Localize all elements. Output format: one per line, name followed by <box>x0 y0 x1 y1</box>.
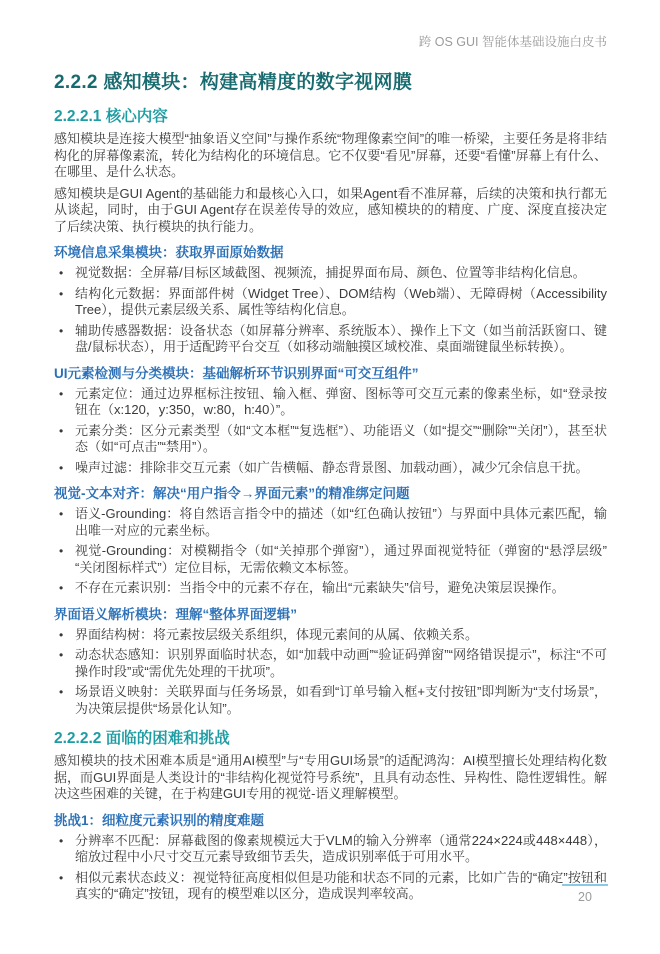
paragraph: 感知模块是GUI Agent的基础能力和最核心入口，如果Agent看不准屏幕，后… <box>54 186 607 236</box>
topic-heading-vision-text: 视觉-文本对齐：解决“用户指令→界面元素”的精准绑定问题 <box>54 485 607 502</box>
subsection-heading-challenges: 2.2.2.2 面临的困难和挑战 <box>54 729 607 749</box>
module-section-env: 环境信息采集模块：获取界面原始数据 视觉数据：全屏幕/目标区域截图、视频流，捕捉… <box>54 244 607 356</box>
section-title: 2.2.2 感知模块：构建高精度的数字视网膜 <box>54 70 607 95</box>
paragraph: 感知模块是连接大模型“抽象语义空间”与操作系统“物理像素空间”的唯一桥梁，主要任… <box>54 131 607 181</box>
bullet-list: 界面结构树：将元素按层级关系组织，体现元素间的从属、依赖关系。 动态状态感知：识… <box>54 627 607 718</box>
list-item: 噪声过滤：排除非交互元素（如广告横幅、静态背景图、加载动画），减少冗余信息干扰。 <box>54 460 607 477</box>
list-item: 界面结构树：将元素按层级关系组织，体现元素间的从属、依赖关系。 <box>54 627 607 644</box>
topic-heading-env: 环境信息采集模块：获取界面原始数据 <box>54 244 607 261</box>
list-item: 相似元素状态歧义：视觉特征高度相似但是功能和状态不同的元素，比如广告的“确定”按… <box>54 870 607 903</box>
list-item: 元素分类：区分元素类型（如“文本框”“复选框”）、功能语义（如“提交”“删除”“… <box>54 423 607 456</box>
bullet-list: 语义-Grounding：将自然语言指令中的描述（如“红色确认按钮”）与界面中具… <box>54 506 607 597</box>
topic-heading-semantic: 界面语义解析模块：理解“整体界面逻辑” <box>54 606 607 623</box>
list-item: 视觉-Grounding：对模糊指令（如“关掉那个弹窗”），通过界面视觉特征（弹… <box>54 543 607 576</box>
list-item: 不存在元素识别：当指令中的元素不存在，输出“元素缺失”信号，避免决策层误操作。 <box>54 580 607 597</box>
page-number: 20 <box>562 890 608 904</box>
topic-heading-ui-detect: UI元素检测与分类模块：基础解析环节识别界面“可交互组件” <box>54 365 607 382</box>
document-page: 跨 OS GUI 智能体基础设施白皮书 2.2.2 感知模块：构建高精度的数字视… <box>0 0 660 954</box>
list-item: 元素定位：通过边界框标注按钮、输入框、弹窗、图标等可交互元素的像素坐标，如“登录… <box>54 386 607 419</box>
list-item: 场景语义映射：关联界面与任务场景，如看到“订单号输入框+支付按钮”即判断为“支付… <box>54 684 607 717</box>
module-section-semantic: 界面语义解析模块：理解“整体界面逻辑” 界面结构树：将元素按层级关系组织，体现元… <box>54 606 607 718</box>
paragraph: 感知模块的技术困难本质是“通用AI模型”与“专用GUI场景”的适配鸿沟：AI模型… <box>54 753 607 803</box>
list-item: 结构化元数据：界面部件树（Widget Tree）、DOM结构（Web端）、无障… <box>54 286 607 319</box>
running-header: 跨 OS GUI 智能体基础设施白皮书 <box>54 34 607 50</box>
page-footer: 20 <box>562 884 608 904</box>
list-item: 辅助传感器数据：设备状态（如屏幕分辨率、系统版本）、操作上下文（如当前活跃窗口、… <box>54 323 607 356</box>
subsection-heading-core: 2.2.2.1 核心内容 <box>54 107 607 127</box>
bullet-list: 分辨率不匹配：屏幕截图的像素规模远大于VLM的输入分辨率（通常224×224或4… <box>54 833 607 903</box>
module-section-vision-text: 视觉-文本对齐：解决“用户指令→界面元素”的精准绑定问题 语义-Groundin… <box>54 485 607 597</box>
list-item: 语义-Grounding：将自然语言指令中的描述（如“红色确认按钮”）与界面中具… <box>54 506 607 539</box>
list-item: 分辨率不匹配：屏幕截图的像素规模远大于VLM的输入分辨率（通常224×224或4… <box>54 833 607 866</box>
topic-heading-challenge1: 挑战1：细粒度元素识别的精度难题 <box>54 812 607 829</box>
module-section-ui-detect: UI元素检测与分类模块：基础解析环节识别界面“可交互组件” 元素定位：通过边界框… <box>54 365 607 477</box>
footer-divider <box>562 884 608 886</box>
bullet-list: 元素定位：通过边界框标注按钮、输入框、弹窗、图标等可交互元素的像素坐标，如“登录… <box>54 386 607 477</box>
list-item: 视觉数据：全屏幕/目标区域截图、视频流，捕捉界面布局、颜色、位置等非结构化信息。 <box>54 265 607 282</box>
bullet-list: 视觉数据：全屏幕/目标区域截图、视频流，捕捉界面布局、颜色、位置等非结构化信息。… <box>54 265 607 356</box>
list-item: 动态状态感知：识别界面临时状态，如“加载中动画”“验证码弹窗”“网络错误提示”，… <box>54 647 607 680</box>
